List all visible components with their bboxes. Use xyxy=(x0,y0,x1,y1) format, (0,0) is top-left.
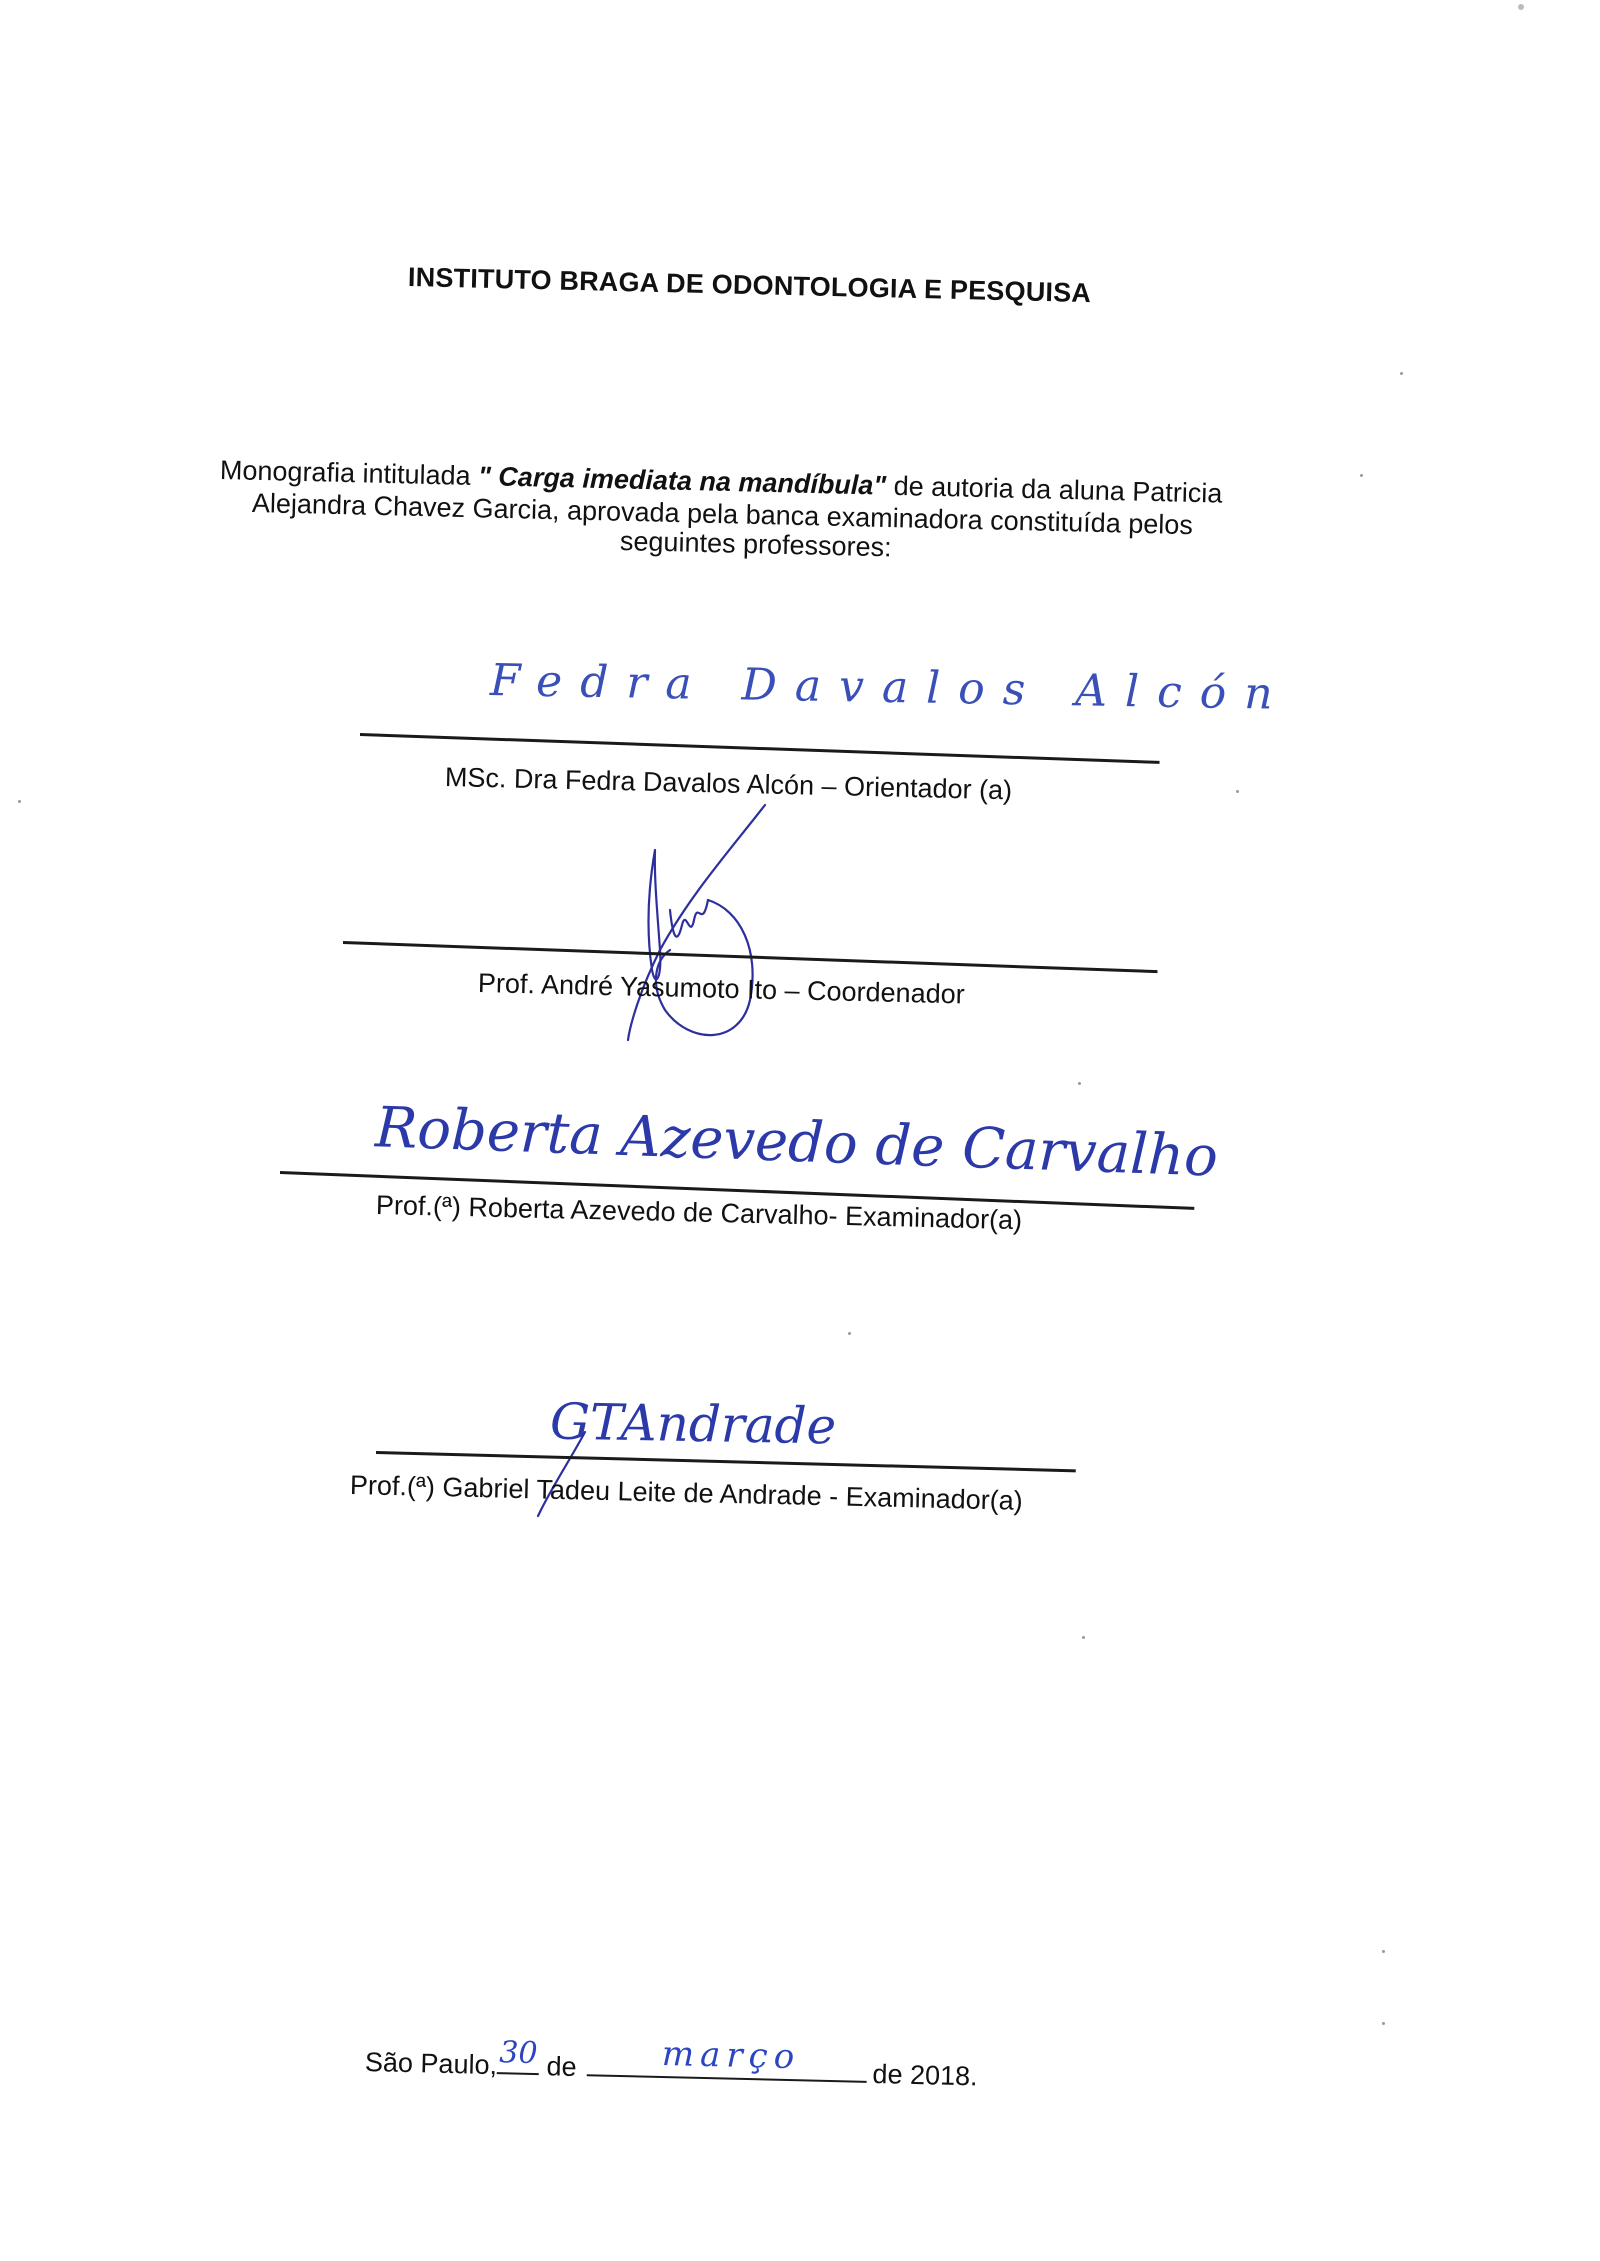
scanned-document-page: INSTITUTO BRAGA DE ODONTOLOGIA E PESQUIS… xyxy=(0,0,1600,2261)
intro-line-3: seguintes professores: xyxy=(620,526,892,562)
signature-line-1 xyxy=(360,733,1160,764)
signature-andre xyxy=(610,800,810,1050)
place-date-line: São Paulo,30 demarçode 2018. xyxy=(365,2045,978,2092)
scan-speck xyxy=(1382,1950,1385,1953)
de-label-1: de xyxy=(546,2051,577,2082)
signature-roberta-text: Roberta Azevedo de Carvalho xyxy=(374,1095,1219,1189)
signature-line-4 xyxy=(376,1451,1076,1472)
signatory-label-examinador-2: Prof.(ª) Gabriel Tadeu Leite de Andrade … xyxy=(350,1470,1023,1517)
signature-roberta: Roberta Azevedo de Carvalho xyxy=(374,1095,1219,1189)
scan-speck xyxy=(1360,474,1363,477)
de-year-label: de 2018. xyxy=(872,2059,978,2091)
month-blank: março xyxy=(586,2050,867,2083)
signature-gabriel: GTAndrade xyxy=(550,1393,837,1456)
scan-speck xyxy=(1078,1082,1081,1085)
scan-speck xyxy=(18,800,21,803)
signature-fedra-text: Fedra Davalos Alcón xyxy=(490,655,1291,720)
day-handwritten: 30 xyxy=(499,2035,538,2071)
day-blank: 30 xyxy=(497,2048,540,2075)
scan-speck xyxy=(848,1332,851,1335)
scan-speck xyxy=(1382,2022,1385,2025)
signatory-label-coordenador: Prof. André Yasumoto Ito – Coordenador xyxy=(478,968,965,1010)
signature-fedra: Fedra Davalos Alcón xyxy=(490,655,1291,720)
institution-title: INSTITUTO BRAGA DE ODONTOLOGIA E PESQUIS… xyxy=(408,262,1092,309)
month-handwritten: março xyxy=(661,2034,800,2077)
scan-speck xyxy=(1400,372,1403,375)
scan-speck xyxy=(1236,790,1239,793)
intro-prefix: Monografia intitulada xyxy=(220,455,479,491)
signature-gabriel-text: GTAndrade xyxy=(550,1393,837,1456)
intro-suffix: de autoria da aluna Patricia xyxy=(886,471,1223,509)
city-label: São Paulo, xyxy=(365,2047,498,2080)
scan-speck xyxy=(1082,1636,1085,1639)
scan-speck xyxy=(1518,4,1524,10)
